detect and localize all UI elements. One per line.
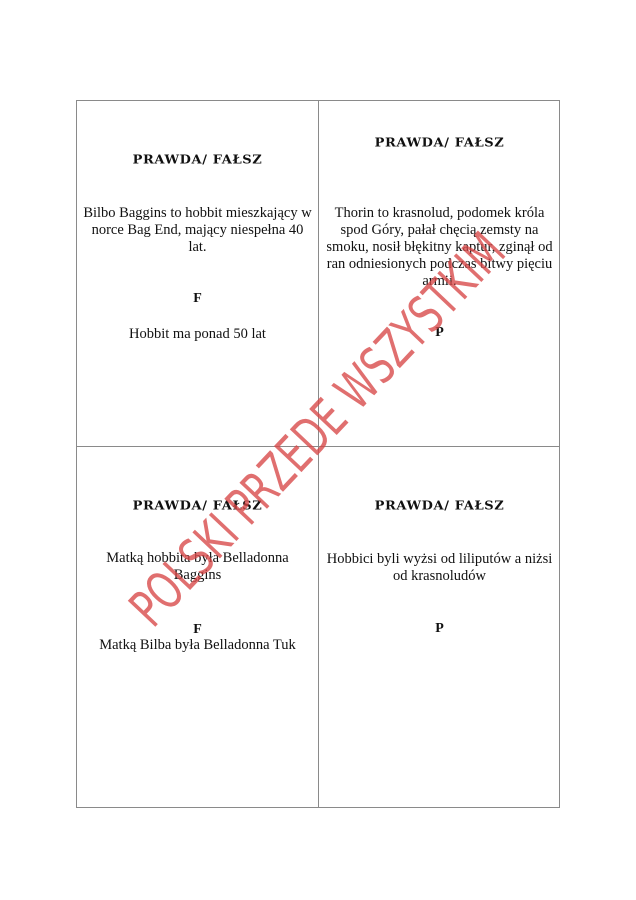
card-thorin: PRAWDA/ FAŁSZ Thorin to krasnolud, podom… xyxy=(319,101,560,446)
card-explanation: Matką Bilba była Belladonna Tuk xyxy=(77,637,318,654)
card-answer: F xyxy=(77,622,318,638)
card-bilbo-mother: PRAWDA/ FAŁSZ Matką hobbita była Bellado… xyxy=(77,447,318,808)
document-page: PRAWDA/ FAŁSZ Bilbo Baggins to hobbit mi… xyxy=(0,0,636,900)
card-heading: PRAWDA/ FAŁSZ xyxy=(77,154,318,168)
card-answer: P xyxy=(319,325,560,341)
card-explanation: Hobbit ma ponad 50 lat xyxy=(77,326,318,343)
card-statement: Hobbici byli wyżsi od liliputów a niżsi … xyxy=(325,551,554,585)
card-heading: PRAWDA/ FAŁSZ xyxy=(77,500,318,514)
card-hobbit-height: PRAWDA/ FAŁSZ Hobbici byli wyżsi od lili… xyxy=(319,447,560,808)
card-answer: F xyxy=(77,291,318,307)
card-heading: PRAWDA/ FAŁSZ xyxy=(319,500,560,514)
card-bilbo-age: PRAWDA/ FAŁSZ Bilbo Baggins to hobbit mi… xyxy=(77,101,318,446)
card-heading: PRAWDA/ FAŁSZ xyxy=(319,137,560,151)
card-statement: Thorin to krasnolud, podomek króla spod … xyxy=(325,205,554,290)
card-statement: Bilbo Baggins to hobbit mieszkający w no… xyxy=(83,205,312,256)
cards-table: PRAWDA/ FAŁSZ Bilbo Baggins to hobbit mi… xyxy=(76,100,560,808)
card-answer: P xyxy=(319,621,560,637)
card-statement: Matką hobbita była Belladonna Baggins xyxy=(83,550,312,584)
